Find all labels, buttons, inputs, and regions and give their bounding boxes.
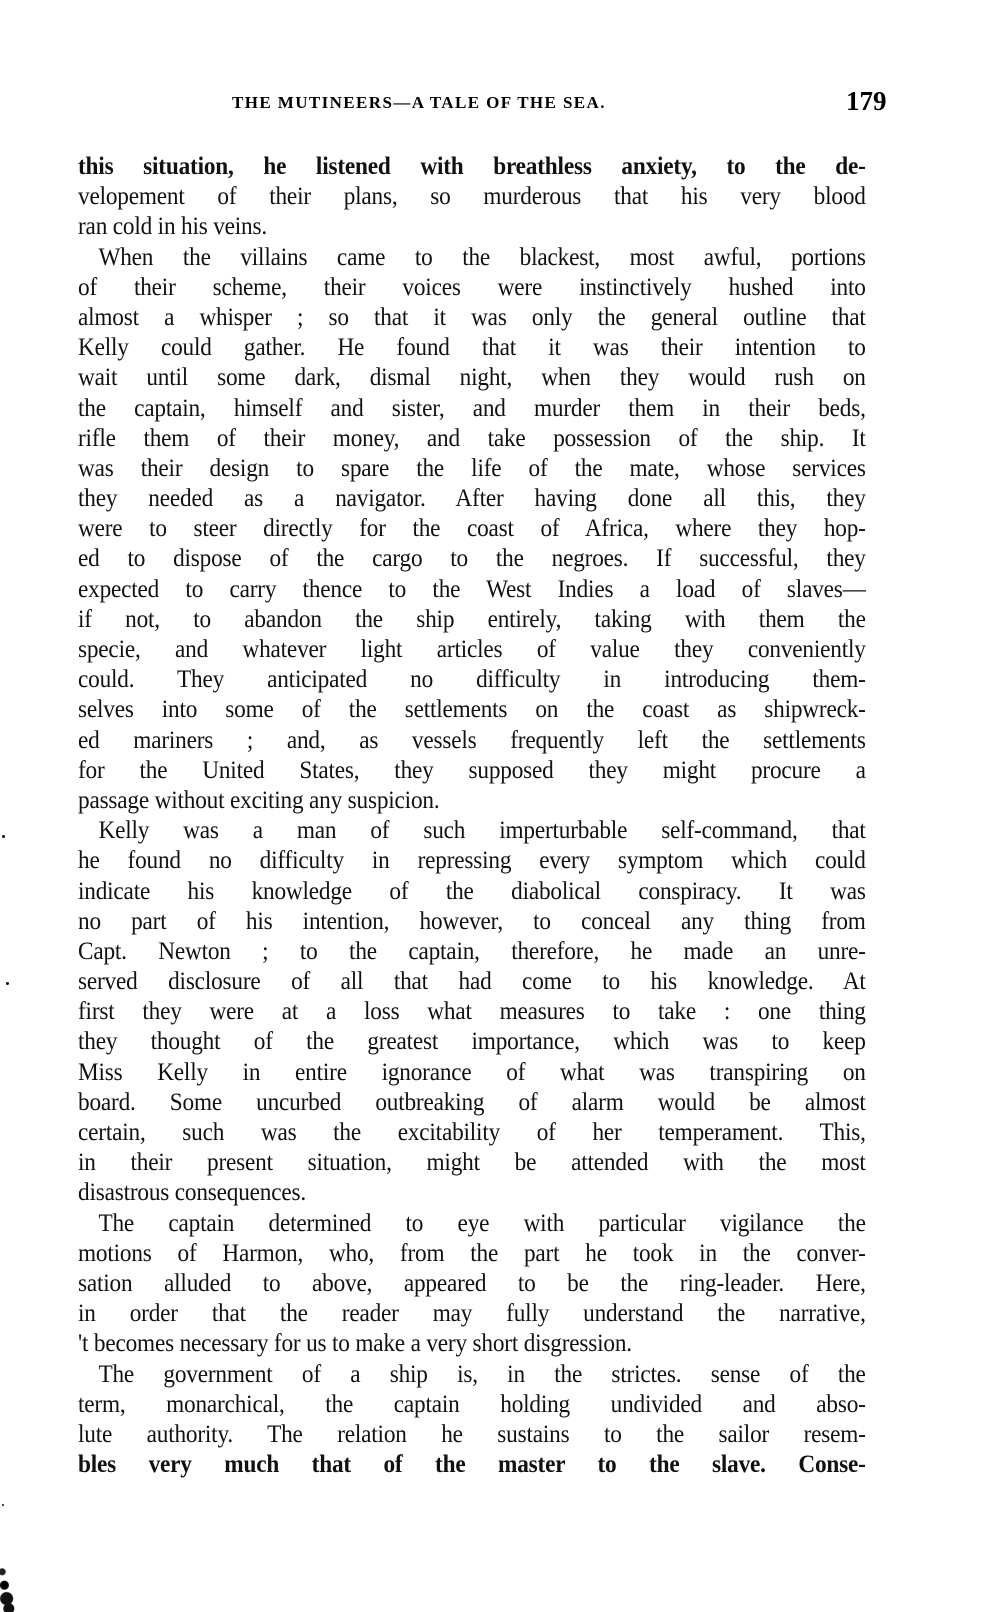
text-line: motions of Harmon, who, from the part he… <box>78 1239 866 1269</box>
text-line: was their design to spare the life of th… <box>78 454 866 484</box>
scan-smudge <box>0 1545 22 1612</box>
text-line: in order that the reader may fully under… <box>78 1299 866 1329</box>
text-line: board. Some uncurbed outbreaking of alar… <box>78 1088 866 1118</box>
text-line: no part of his intention, however, to co… <box>78 907 866 937</box>
paragraph-start-line: Kelly was a man of such imperturbable se… <box>78 816 866 846</box>
text-line: specie, and whatever light articles of v… <box>78 635 866 665</box>
paragraph-start-line: The captain determined to eye with parti… <box>78 1209 866 1239</box>
text-line: of their scheme, their voices were insti… <box>78 273 866 303</box>
text-line: velopement of their plans, so murderous … <box>78 182 866 212</box>
text-line: certain, such was the excitability of he… <box>78 1118 866 1148</box>
text-line: could. They anticipated no difficulty in… <box>78 665 866 695</box>
page-number: 179 <box>846 86 887 117</box>
text-line: he found no difficulty in repressing eve… <box>78 846 866 876</box>
text-line: they thought of the greatest importance,… <box>78 1027 866 1057</box>
text-line: lute authority. The relation he sustains… <box>78 1420 866 1450</box>
running-head: The Mutineers—A Tale of the Sea. <box>232 93 872 121</box>
text-line: rifle them of their money, and take poss… <box>78 424 866 454</box>
text-line: selves into some of the settlements on t… <box>78 695 866 725</box>
text-line: if not, to abandon the ship entirely, ta… <box>78 605 866 635</box>
text-line: almost a whisper ; so that it was only t… <box>78 303 866 333</box>
text-line: they needed as a navigator. After having… <box>78 484 866 514</box>
text-line: 't becomes necessary for us to make a ve… <box>78 1329 866 1359</box>
scan-speck <box>2 1504 4 1506</box>
text-line: expected to carry thence to the West Ind… <box>78 575 866 605</box>
text-line: for the United States, they supposed the… <box>78 756 866 786</box>
book-page: The Mutineers—A Tale of the Sea. 179 thi… <box>0 0 1000 1612</box>
text-line: ran cold in his veins. <box>78 212 866 242</box>
text-line: bles very much that of the master to the… <box>78 1450 866 1480</box>
text-line: the captain, himself and sister, and mur… <box>78 394 866 424</box>
text-line: served disclosure of all that had come t… <box>78 967 866 997</box>
scan-speck <box>2 835 5 838</box>
text-line: this situation, he listened with breathl… <box>78 152 866 182</box>
scan-speck <box>6 982 9 985</box>
text-line: term, monarchical, the captain holding u… <box>78 1390 866 1420</box>
text-line: Kelly could gather. He found that it was… <box>78 333 866 363</box>
text-line: sation alluded to above, appeared to be … <box>78 1269 866 1299</box>
paragraph-start-line: The government of a ship is, in the stri… <box>78 1360 866 1390</box>
text-line: first they were at a loss what measures … <box>78 997 866 1027</box>
text-line: ed mariners ; and, as vessels frequently… <box>78 726 866 756</box>
text-line: disastrous consequences. <box>78 1178 866 1208</box>
body-text: this situation, he listened with breathl… <box>78 152 866 1480</box>
text-line: Miss Kelly in entire ignorance of what w… <box>78 1058 866 1088</box>
paragraph-start-line: When the villains came to the blackest, … <box>78 243 866 273</box>
text-line: ed to dispose of the cargo to the negroe… <box>78 544 866 574</box>
text-line: Capt. Newton ; to the captain, therefore… <box>78 937 866 967</box>
text-line: wait until some dark, dismal night, when… <box>78 363 866 393</box>
text-line: in their present situation, might be att… <box>78 1148 866 1178</box>
text-line: indicate his knowledge of the diabolical… <box>78 877 866 907</box>
text-line: were to steer directly for the coast of … <box>78 514 866 544</box>
text-line: passage without exciting any suspicion. <box>78 786 866 816</box>
